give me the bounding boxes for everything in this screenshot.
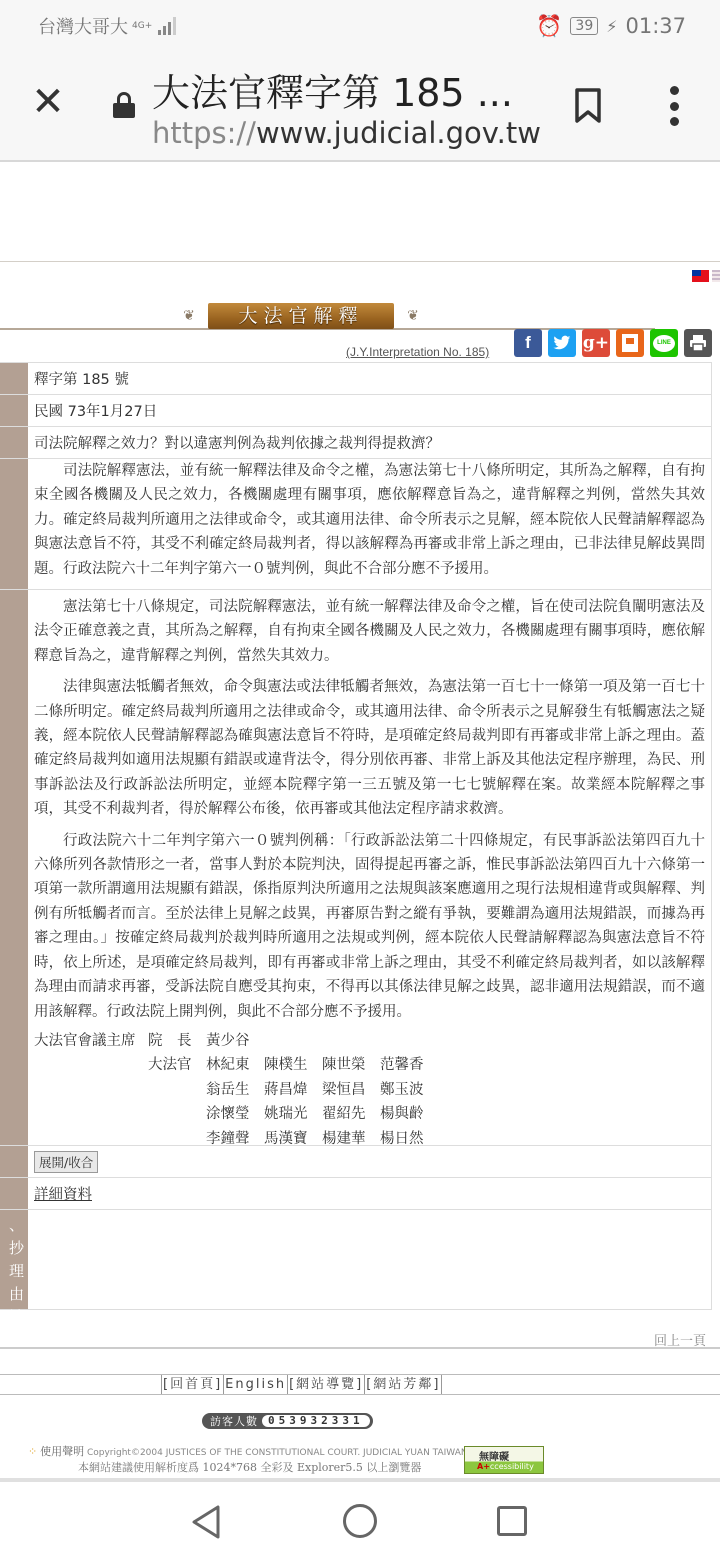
copyright-line: ⁘ 使用聲明 Copyright©2004 JUSTICES OF THE CO… — [28, 1443, 498, 1459]
row-reasoning: 憲法第七十八條規定，司法院解釋憲法，並有統一解釋法律及命令之權，旨在使司法院負闡… — [0, 590, 711, 1146]
overflow-menu-button[interactable] — [664, 86, 684, 126]
row-label — [0, 459, 28, 589]
english-interpretation-link[interactable]: (J.Y.Interpretation No. 185) — [346, 345, 489, 359]
row-date: 民國 73年1月27日 — [0, 395, 711, 427]
copyright-text: Copyright©2004 JUSTICES OF THE CONSTITUT… — [87, 1448, 498, 1458]
row-label — [0, 427, 28, 458]
justice-name: 姚瑞光 — [264, 1102, 322, 1126]
justice-name: 涂懷瑩 — [206, 1102, 264, 1126]
reasoning-paragraph-3: 行政法院六十二年判字第六一０號判例稱：「行政訴訟法第二十四條規定，有民事訴訟法第… — [34, 829, 705, 1024]
expand-collapse-button[interactable]: 展開/收合 — [34, 1151, 98, 1173]
justice-name: 陳樸生 — [264, 1053, 322, 1077]
row-label — [0, 1178, 28, 1209]
interpretation-number: 釋字第 185 號 — [28, 363, 711, 394]
footer-link-related-sites[interactable]: [網站芳鄰] — [364, 1375, 442, 1394]
attachments-cell — [28, 1210, 711, 1309]
row-holding: 司法院解釋憲法，並有統一解釋法律及命令之權，為憲法第七十八條所明定，其所為之解釋… — [0, 459, 711, 590]
banner-title: 大法官解釋 — [208, 303, 394, 329]
alarm-icon: ⏰ — [536, 14, 562, 39]
page-title: 大法官釋字第 185 ... — [152, 70, 542, 116]
reasoning-paragraph-1: 憲法第七十八條規定，司法院解釋憲法，並有統一解釋法律及命令之權，旨在使司法院負闡… — [34, 595, 705, 668]
language-flags — [692, 270, 720, 282]
row-issue: 司法院解釋之效力？對以違憲判例為裁判依據之裁判得提救濟？ — [0, 427, 711, 459]
row-toggle: 展開/收合 — [0, 1146, 711, 1178]
address-bar[interactable]: 大法官釋字第 185 ... https://www.judicial.gov.… — [152, 70, 542, 150]
divider — [0, 1347, 720, 1349]
visitor-count: 053932331 — [262, 1415, 370, 1427]
browser-toolbar: ✕ 大法官釋字第 185 ... https://www.judicial.go… — [0, 52, 720, 162]
home-nav-icon[interactable] — [343, 1504, 377, 1538]
row-attachments: 、抄 理由 請書 — [0, 1210, 711, 1310]
interpretation-issue: 司法院解釋之效力？對以違憲判例為裁判依據之裁判得提救濟？ — [28, 427, 711, 458]
page-url: https://www.judicial.gov.tw — [152, 116, 542, 150]
system-nav-bar — [0, 1480, 720, 1560]
footer-link-english[interactable]: English — [223, 1375, 287, 1394]
justice-name: 翟紹先 — [322, 1102, 380, 1126]
taiwan-flag-icon[interactable] — [692, 270, 709, 282]
bookmark-icon[interactable] — [574, 88, 602, 124]
line-icon[interactable]: LINE — [650, 329, 678, 357]
justice-name: 梁恒昌 — [322, 1078, 380, 1102]
reasoning-paragraph-2: 法律與憲法牴觸者無效，命令與憲法或法律牴觸者無效，為憲法第一百七十一條第一項及第… — [34, 675, 705, 821]
section-banner: ❦ 大法官解釋 ❦ — [170, 302, 432, 330]
lock-icon[interactable] — [112, 92, 136, 118]
justices-title: 大法官 — [148, 1053, 206, 1077]
back-nav-icon[interactable] — [190, 1504, 224, 1540]
justice-name: 林紀東 — [206, 1053, 264, 1077]
accessibility-badge[interactable]: 無障礙 A+ccessibility — [464, 1446, 544, 1474]
usage-statement-link[interactable]: 使用聲明 — [40, 1445, 84, 1458]
google-plus-icon[interactable]: g+ — [582, 329, 610, 357]
header-blank-area — [0, 164, 720, 262]
justice-name: 鄭玉波 — [380, 1078, 438, 1102]
status-bar: 台灣大哥大 4G+ ⏰ 39 ⚡ 01:37 — [0, 0, 720, 52]
row-label — [0, 1146, 28, 1177]
charging-icon: ⚡ — [606, 17, 617, 36]
twitter-icon[interactable] — [548, 329, 576, 357]
share-toolbar: f g+ LINE — [514, 329, 712, 357]
president-title: 院 長 — [148, 1029, 206, 1053]
interpretation-table: 釋字第 185 號 民國 73年1月27日 司法院解釋之效力？對以違憲判例為裁判… — [0, 362, 712, 1310]
ornament-left-icon: ❦ — [170, 306, 208, 326]
justice-name: 楊與齡 — [380, 1102, 438, 1126]
plurk-icon[interactable] — [616, 329, 644, 357]
carrier-name: 台灣大哥大 — [38, 13, 128, 39]
justice-name: 蔣昌煒 — [264, 1078, 322, 1102]
footer-link-sitemap[interactable]: [網站導覽] — [287, 1375, 364, 1394]
justice-name: 陳世榮 — [322, 1053, 380, 1077]
row-label — [0, 395, 28, 426]
detail-link[interactable]: 詳細資料 — [34, 1183, 92, 1204]
row-detail: 詳細資料 — [0, 1178, 711, 1210]
visitor-label: 訪客人數 — [210, 1413, 258, 1429]
footer-link-home[interactable]: [回首頁] — [161, 1375, 223, 1394]
row-label — [0, 363, 28, 394]
signers-block: 大法官會議主席 院 長 黃少谷 大法官 林紀東 陳樸生 陳世榮 范馨香 — [34, 1029, 705, 1151]
row-number: 釋字第 185 號 — [0, 363, 711, 395]
resolution-note: 本網站建議使用解析度爲 1024*768 全彩及 Explorer5.5 以上瀏… — [78, 1459, 421, 1475]
justice-name: 范馨香 — [380, 1053, 438, 1077]
us-flag-icon[interactable] — [712, 270, 720, 282]
president-name: 黃少谷 — [206, 1029, 264, 1053]
holding-cell: 司法院解釋憲法，並有統一解釋法律及命令之權，為憲法第七十八條所明定，其所為之解釋… — [28, 459, 711, 589]
web-page: ❦ 大法官解釋 ❦ (J.Y.Interpretation No. 185) f… — [0, 164, 720, 1480]
row-label — [0, 590, 28, 1145]
reasoning-cell: 憲法第七十八條規定，司法院解釋憲法，並有統一解釋法律及命令之權，旨在使司法院負闡… — [28, 590, 711, 1145]
facebook-icon[interactable]: f — [514, 329, 542, 357]
justice-name: 翁岳生 — [206, 1078, 264, 1102]
holding-text: 司法院解釋憲法，並有統一解釋法律及命令之權，為憲法第七十八條所明定，其所為之解釋… — [34, 459, 705, 581]
network-type: 4G+ — [132, 22, 152, 31]
chair-label: 大法官會議主席 — [34, 1029, 148, 1053]
recents-nav-icon[interactable] — [497, 1506, 527, 1536]
footer-nav: [回首頁] English [網站導覽] [網站芳鄰] — [0, 1374, 720, 1395]
interpretation-date: 民國 73年1月27日 — [28, 395, 711, 426]
battery-icon: 39 — [570, 17, 598, 35]
bullet-icon: ⁘ — [28, 1445, 37, 1458]
close-tab-button[interactable]: ✕ — [28, 82, 68, 122]
signal-icon — [158, 17, 176, 35]
row-label: 、抄 理由 請書 — [0, 1210, 28, 1309]
ornament-right-icon: ❦ — [394, 306, 432, 326]
clock: 01:37 — [625, 14, 686, 38]
visitor-counter: 訪客人數 053932331 — [202, 1413, 373, 1429]
print-icon[interactable] — [684, 329, 712, 357]
